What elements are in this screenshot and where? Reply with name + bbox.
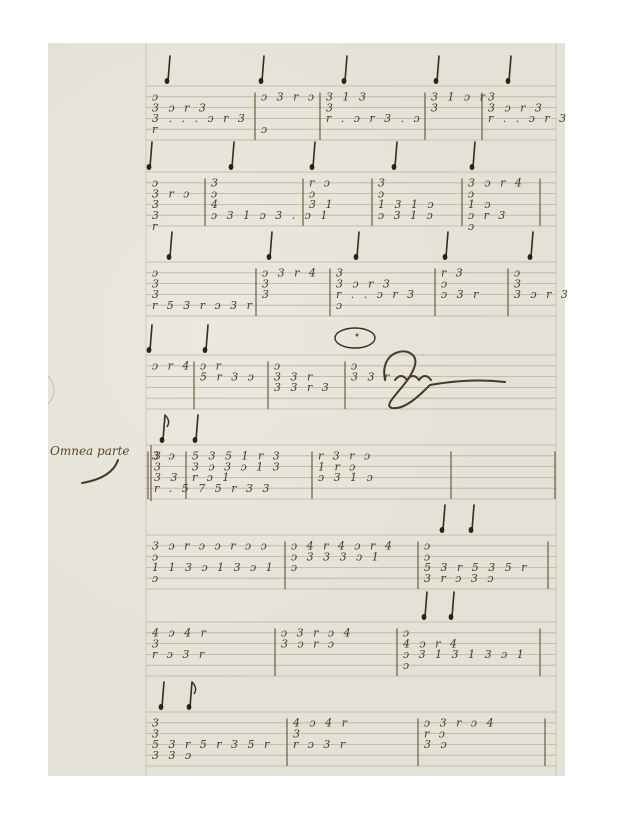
- rhythm-dot: [443, 254, 448, 260]
- rhythm-stem: [357, 232, 359, 257]
- rhythm-stem: [395, 142, 397, 167]
- end-flourish: [335, 328, 505, 408]
- rhythm-dot: [147, 164, 152, 170]
- rhythm-stem: [262, 56, 264, 81]
- tab-letter-row: r 5 3 r ɔ 3 r: [152, 299, 255, 312]
- tab-letter-row: 3 ɔ r ɔ: [281, 637, 337, 650]
- tab-letter-row: ɔ 3 r ɔ: [261, 91, 317, 104]
- tab-letter-row: ɔ 3 1 ɔ: [378, 209, 436, 222]
- tab-letter-row: r: [152, 220, 160, 233]
- tab-letter-row: 3 1: [309, 198, 336, 211]
- tab-letter-row: ɔ: [291, 561, 300, 574]
- rhythm-dot: [229, 164, 234, 170]
- tab-letter-row: 5 r 3 ɔ: [200, 370, 257, 383]
- rhythm-stem: [232, 142, 234, 167]
- rhythm-stem: [437, 56, 439, 81]
- rhythm-dot: [354, 254, 359, 260]
- rhythm-stem: [452, 592, 454, 617]
- rhythm-dot: [159, 704, 164, 710]
- rhythm-stem: [150, 142, 152, 167]
- tab-letter-row: ɔ: [403, 659, 412, 672]
- rhythm-dot: [147, 347, 152, 353]
- tab-letter-row: r ɔ 3 r: [152, 648, 207, 661]
- tab-letter-row: r . . ɔ r 3: [336, 288, 417, 301]
- rhythm-stem: [443, 505, 445, 530]
- rhythm-dot: [392, 164, 397, 170]
- rhythm-stem: [163, 415, 165, 440]
- tablature-score: Omnea parte ɔ3 ɔ r 33 . . . ɔ r 3rɔ 3 r …: [0, 0, 618, 825]
- tab-letter-row: 3 3 r 3: [274, 381, 332, 394]
- tab-letter-row: r: [152, 123, 160, 136]
- tab-letter-row: ɔ 3 1 ɔ: [318, 471, 376, 484]
- rhythm-stem: [190, 682, 192, 707]
- margin-label-swash: [82, 460, 118, 483]
- rhythm-stem: [270, 232, 272, 257]
- tab-letter-row: r ɔ 3 r: [293, 738, 348, 751]
- rhythm-stem: [473, 142, 475, 167]
- tab-letter-row: 3 3 ɔ: [152, 749, 194, 762]
- rhythm-stem: [509, 56, 511, 81]
- rhythm-dot: [165, 78, 170, 84]
- rhythm-stem: [150, 325, 152, 350]
- rhythm-dot: [342, 78, 347, 84]
- rhythm-stem: [196, 415, 198, 440]
- tab-letter-row: 3 3 r: [351, 370, 392, 383]
- rhythm-stem: [345, 56, 347, 81]
- rhythm-stem: [446, 232, 448, 257]
- binding-hole-mark: [48, 376, 54, 404]
- rhythm-dot: [506, 78, 511, 84]
- rhythm-dot: [193, 437, 198, 443]
- rhythm-stem: [168, 56, 170, 81]
- rhythm-dot: [434, 78, 439, 84]
- rhythm-dot: [203, 347, 208, 353]
- rhythm-dot: [187, 704, 192, 710]
- tab-letter-row: 3 r ɔ 3 ɔ: [424, 572, 497, 585]
- tab-letter-row: ɔ: [336, 299, 345, 312]
- margin-label-omnea-parte: Omnea parte: [50, 444, 130, 458]
- rhythm-dot: [422, 614, 427, 620]
- rhythm-stem: [313, 142, 315, 167]
- rhythm-stem: [472, 505, 474, 530]
- rhythm-stem: [206, 325, 208, 350]
- tab-letter-row: ɔ: [261, 123, 270, 136]
- tab-letter-row: ɔ r 4: [152, 360, 192, 373]
- tab-letter-row: 3 ɔ r ɔ ɔ r ɔ ɔ: [152, 540, 270, 553]
- rhythm-stem: [170, 232, 172, 257]
- tab-letter-row: r ɔ 1: [192, 471, 232, 484]
- tab-letter-row: ɔ: [152, 572, 161, 585]
- tab-letter-row: ɔ 3 1 3 1 3 ɔ 1: [403, 648, 527, 661]
- rhythm-stem: [531, 232, 533, 257]
- rhythm-dot: [470, 164, 475, 170]
- fermata-loop: [335, 328, 375, 348]
- tab-letter-row: 3 ɔ r 3: [514, 288, 571, 301]
- tab-letter-row: ɔ 3 r: [441, 288, 481, 301]
- tab-letter-row: 3 . . . ɔ r 3: [152, 112, 248, 125]
- rhythm-dot: [528, 254, 533, 260]
- tab-letter-row: r . . ɔ r 3: [488, 112, 569, 125]
- tab-letter-row: 3: [262, 288, 272, 301]
- rhythm-dot: [160, 437, 165, 443]
- rhythm-dot: [259, 78, 264, 84]
- rhythm-dot: [267, 254, 272, 260]
- rhythm-stem: [425, 592, 427, 617]
- rhythm-dot: [167, 254, 172, 260]
- rhythm-dot: [449, 614, 454, 620]
- tab-letter-row: 1 1 3 ɔ 1 3 ɔ 1: [152, 561, 276, 574]
- tab-letter-row: 3 ɔ: [424, 738, 450, 751]
- rhythm-stem: [162, 682, 164, 707]
- rhythm-dot: [440, 527, 445, 533]
- rhythm-dot: [310, 164, 315, 170]
- tab-letter-row: r . ɔ r 3 . ɔ: [326, 112, 423, 125]
- tablature-letters: ɔ3 ɔ r 33 . . . ɔ r 3rɔ 3 r ɔɔ3 1 33r . …: [151, 91, 571, 762]
- tab-letter-row: 3: [431, 101, 441, 114]
- tab-letter-row: ɔ 3 3 3 ɔ 1: [291, 550, 382, 563]
- rhythm-dot: [469, 527, 474, 533]
- tab-letter-row: ɔ: [468, 220, 477, 233]
